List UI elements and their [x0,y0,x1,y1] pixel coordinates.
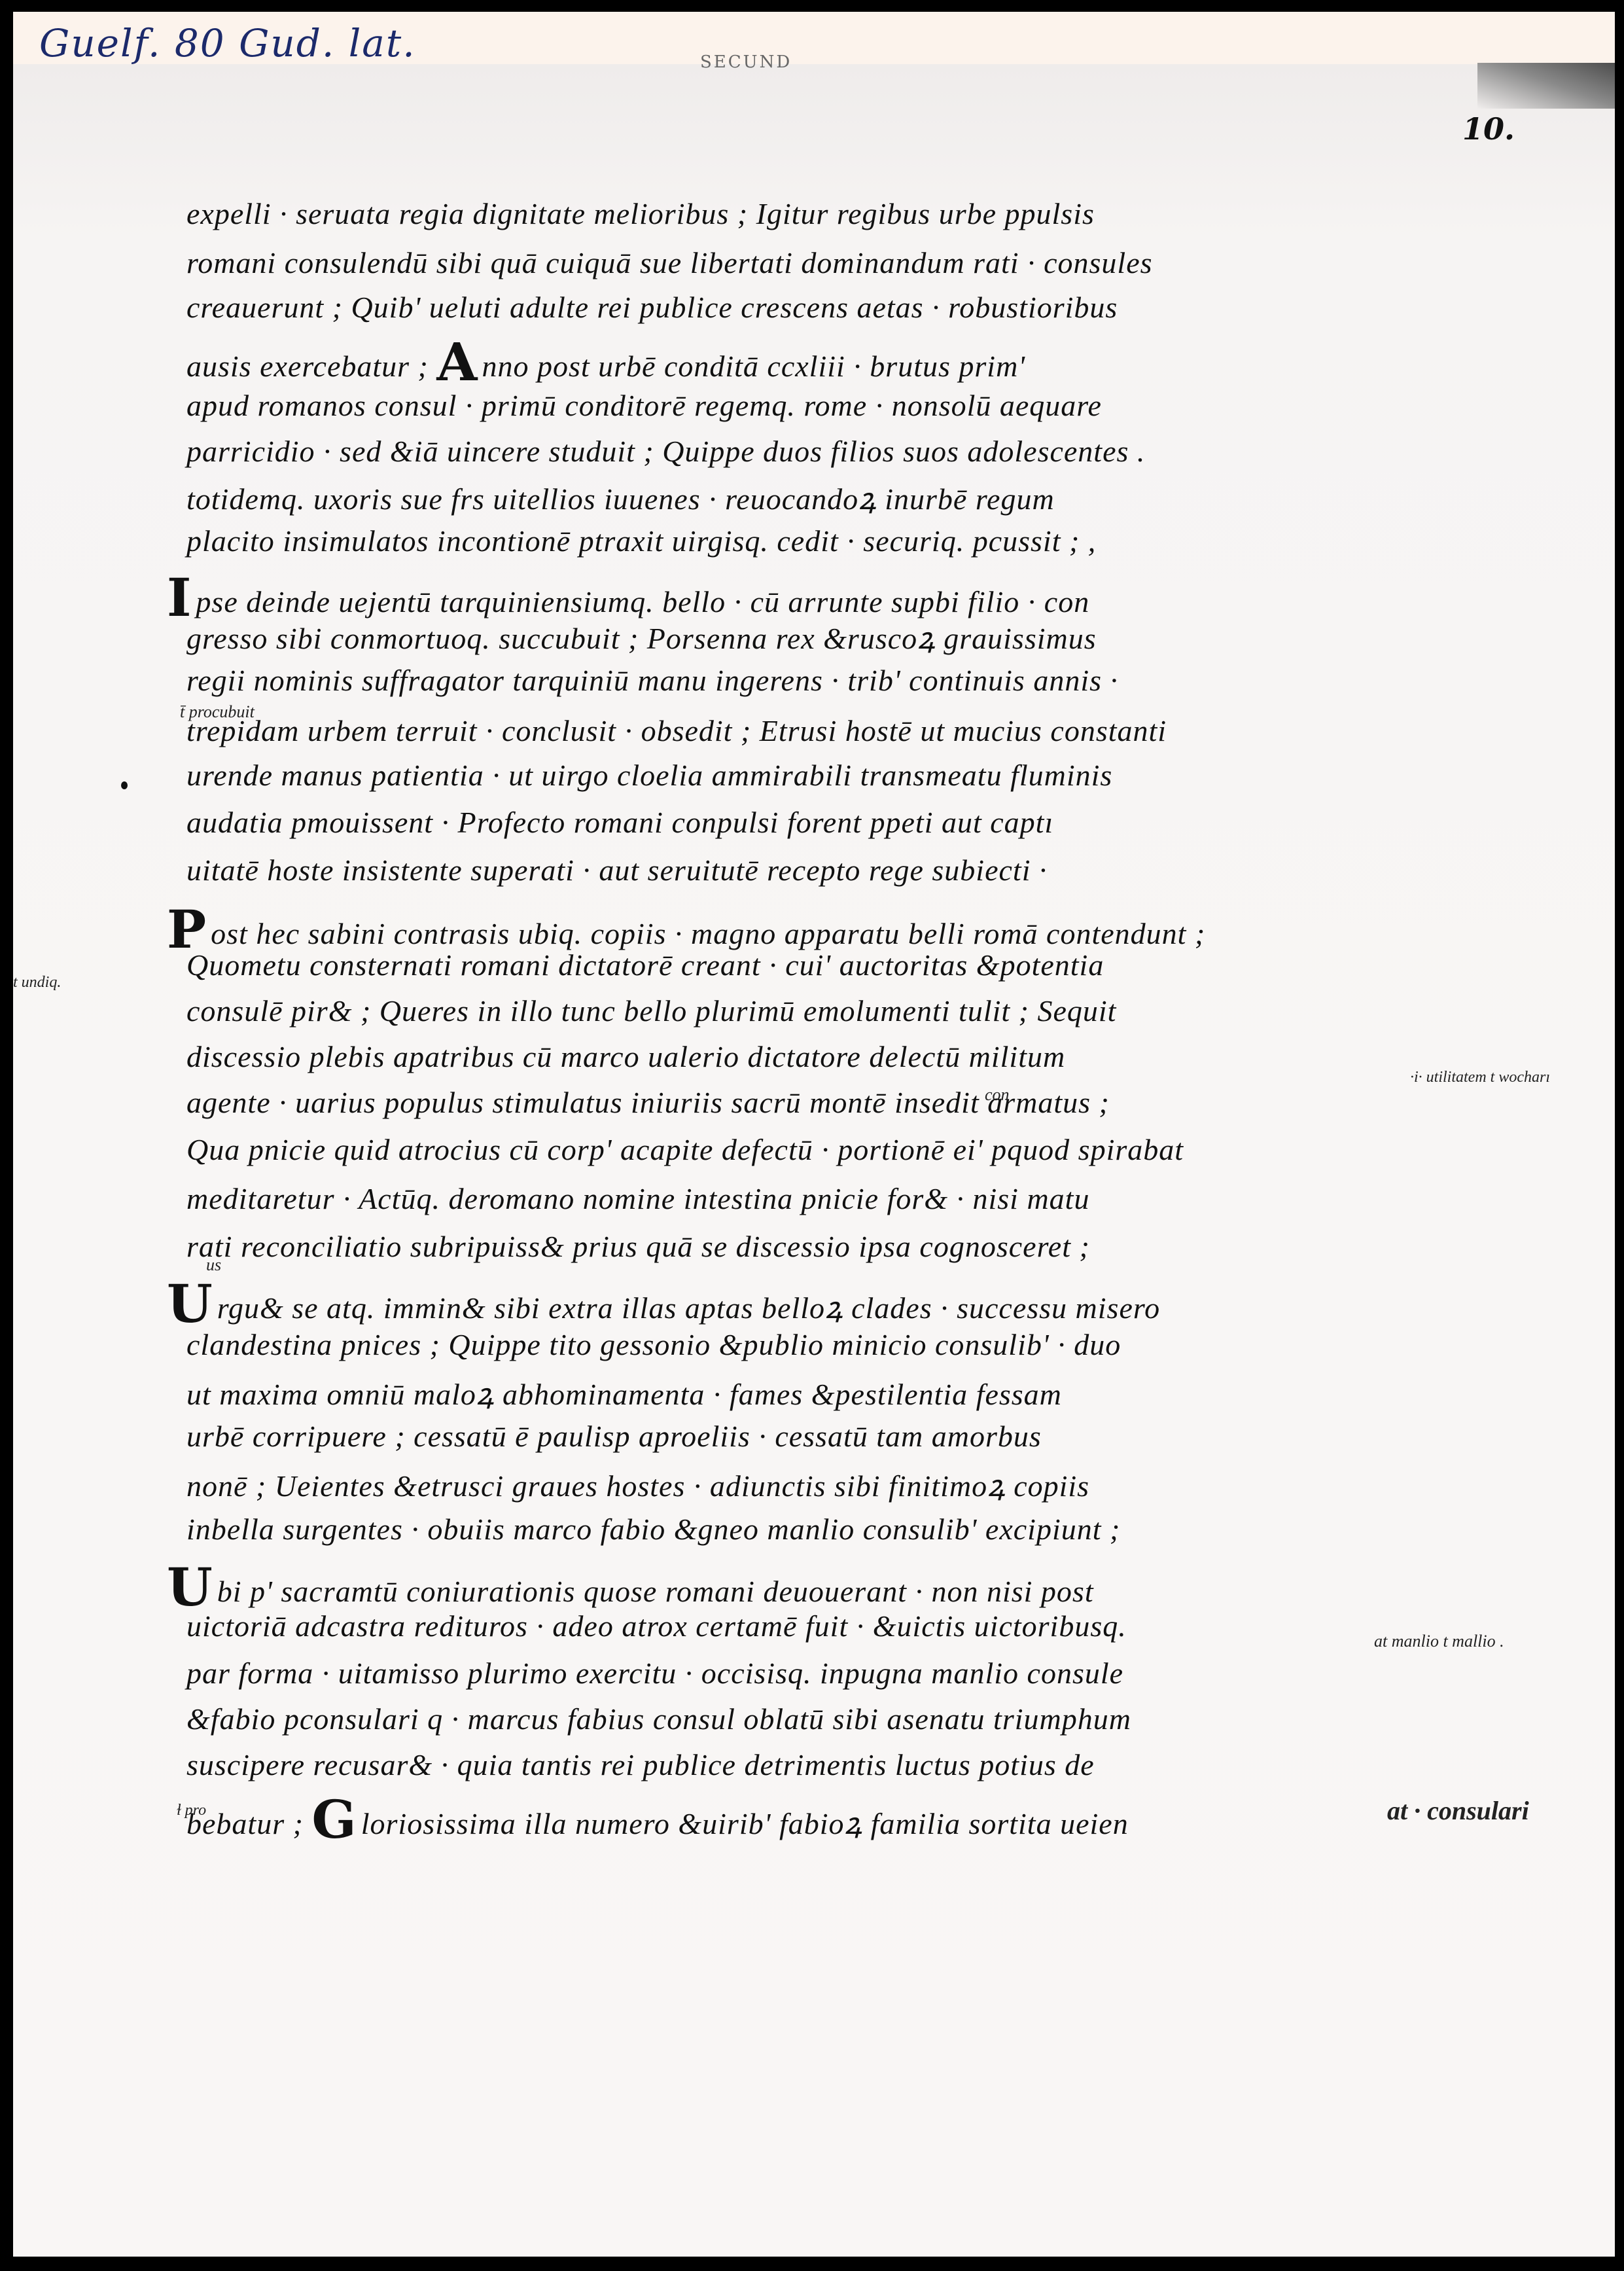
line-text: urbē corripuere ; cessatū ē paulisp apro… [186,1420,1042,1453]
line-text: rati reconciliatio subripuiss& prius quā… [186,1230,1090,1263]
manuscript-line: Quometu consternati romani dictatorē cre… [186,948,1104,982]
manuscript-line: agente · uarius populus stimulatus iniur… [186,1085,1110,1120]
manuscript-line: inbella surgentes · obuiis marco fabio &… [186,1512,1120,1547]
shelfmark: Guelf. 80 Gud. lat. [39,21,416,65]
manuscript-line: regii nominis suffragator tarquiniū manu… [186,663,1118,698]
line-text: consulē pir& ; Queres in illo tunc bello… [186,994,1116,1028]
photograph-sheet: Guelf. 80 Gud. lat. SECUND 10. expelli ·… [13,12,1615,2257]
manuscript-line: placito insimulatos incontionē ptraxit u… [186,524,1096,558]
manuscript-line: discessio plebis apatribus cū marco uale… [186,1039,1065,1074]
manuscript-line: meditaretur · Actūq. deromano nomine int… [186,1181,1089,1216]
margin-gloss-undiq: t undiq. [13,974,61,992]
manuscript-line: Ipse deinde uejentū tarquiniensiumq. bel… [167,571,1089,624]
manuscript-line: par forma · uitamisso plurimo exercitu ·… [186,1656,1123,1690]
manuscript-line: Ubi p' sacramtū coniurationis quose roma… [167,1561,1094,1613]
page-corner-shadow [1477,63,1615,109]
line-text: Qua pnicie quid atrocius cū corp' acapit… [186,1133,1184,1166]
line-text: Quometu consternati romani dictatorē cre… [186,948,1104,982]
margin-gloss-utilitatem: ·i· utilitatem t wocharı [1410,1069,1550,1086]
manuscript-line: Qua pnicie quid atrocius cū corp' acapit… [186,1132,1184,1167]
line-text: pse deinde uejentū tarquiniensiumq. bell… [196,585,1089,618]
line-text: &fabio pconsulari q · marcus fabius cons… [186,1702,1131,1736]
manuscript-line: Urgu& se atq. immin& sibi extra illas ap… [167,1278,1160,1330]
line-text: par forma · uitamisso plurimo exercitu ·… [186,1656,1123,1690]
line-text: bi p' sacramtū coniurationis quose roman… [217,1575,1094,1608]
manuscript-line: creauerunt ; Quib' ueluti adulte rei pub… [186,290,1118,325]
line-text: trepidam urbem terruit · conclusit · obs… [186,714,1167,747]
manuscript-line: audatia pmouissent · Profecto romani con… [186,805,1053,840]
interlinear-gloss-con: con [985,1085,1010,1105]
manuscript-line: expelli · seruata regia dignitate melior… [186,196,1095,231]
line-text: gresso sibi conmortuoq. succubuit ; Pors… [186,622,1097,655]
folio-number: 10. [1462,111,1515,147]
manuscript-line: ausis exercebatur ; Anno post urbē condi… [186,336,1025,388]
manuscript-line: ut maxima omniū maloꝝ abhominamenta · fa… [186,1373,1062,1414]
interlinear-gloss-pro: ɫ pro [177,1802,206,1819]
line-text: totidemq. uxoris sue frs uitellios iuuen… [186,482,1055,516]
line-text: ost hec sabini contrasis ubiq. copiis · … [211,917,1205,950]
margin-gloss-manlio: at manlio t mallio . [1374,1632,1504,1651]
line-text: parricidio · sed &iā uincere studuit ; Q… [186,435,1145,468]
line-text: apud romanos consul · primū conditorē re… [186,389,1102,422]
line-text: clandestina pnices ; Quippe tito gessoni… [186,1328,1121,1361]
manuscript-line: apud romanos consul · primū conditorē re… [186,388,1102,423]
decorated-initial: G [311,1789,357,1850]
shelfmark-label-strip: Guelf. 80 Gud. lat. [13,12,1615,71]
interlinear-gloss-us: us [206,1255,221,1275]
decorated-initial: A [436,331,478,393]
running-head: SECUND [700,52,792,72]
line-text: placito insimulatos incontionē ptraxit u… [186,524,1096,558]
line-text: agente · uarius populus stimulatus iniur… [186,1086,1110,1119]
interlinear-gloss-procubuit: t̄ procubuit [180,702,255,722]
manuscript-line: uitatē hoste insistente superati · aut s… [186,853,1047,887]
manuscript-line: bebatur ; Gloriosissima illa numero &uir… [186,1793,1129,1846]
line-text: discessio plebis apatribus cū marco uale… [186,1040,1065,1073]
decorated-initial: U [167,1273,213,1334]
line-text: expelli · seruata regia dignitate melior… [186,197,1095,230]
line-text: rgu& se atq. immin& sibi extra illas apt… [217,1291,1160,1325]
manuscript-line: romani consulendū sibi quā cuiquā sue li… [186,245,1153,280]
line-text: creauerunt ; Quib' ueluti adulte rei pub… [186,291,1118,324]
manuscript-line: totidemq. uxoris sue frs uitellios iuuen… [186,478,1055,518]
manuscript-line: urbē corripuere ; cessatū ē paulisp apro… [186,1419,1042,1454]
line-text: nonē ; Ueientes &etrusci graues hostes ·… [186,1469,1089,1503]
manuscript-line: consulē pir& ; Queres in illo tunc bello… [186,993,1116,1028]
line-text: loriosissima illa numero &uirib' fabioꝝ … [361,1807,1129,1840]
line-text: uitatē hoste insistente superati · aut s… [186,853,1047,887]
line-text: uictoriā adcastra redituros · adeo atrox… [186,1609,1127,1643]
manuscript-line: gresso sibi conmortuoq. succubuit ; Pors… [186,617,1097,658]
manuscript-line: urende manus patientia · ut uirgo cloeli… [186,758,1112,793]
line-text: meditaretur · Actūq. deromano nomine int… [186,1182,1089,1215]
line-text: romani consulendū sibi quā cuiquā sue li… [186,246,1153,279]
manuscript-line: trepidam urbem terruit · conclusit · obs… [186,713,1167,748]
manuscript-line: suscipere recusar& · quia tantis rei pub… [186,1747,1095,1782]
line-prefix: ausis exercebatur ; [186,349,436,383]
line-text: audatia pmouissent · Profecto romani con… [186,806,1053,839]
line-text: suscipere recusar& · quia tantis rei pub… [186,1748,1095,1781]
margin-dot [121,781,128,789]
manuscript-line: &fabio pconsulari q · marcus fabius cons… [186,1702,1131,1736]
line-text: ut maxima omniū maloꝝ abhominamenta · fa… [186,1378,1062,1411]
line-text: nno post urbē conditā ccxliii · brutus p… [482,349,1025,383]
manuscript-line: nonē ; Ueientes &etrusci graues hostes ·… [186,1465,1089,1505]
manuscript-line: parricidio · sed &iā uincere studuit ; Q… [186,434,1145,469]
line-text: urende manus patientia · ut uirgo cloeli… [186,759,1112,792]
manuscript-line: uictoriā adcastra redituros · adeo atrox… [186,1609,1127,1643]
manuscript-line: rati reconciliatio subripuiss& prius quā… [186,1229,1090,1264]
line-text: inbella surgentes · obuiis marco fabio &… [186,1512,1120,1546]
manuscript-line: clandestina pnices ; Quippe tito gessoni… [186,1327,1121,1362]
line-text: regii nominis suffragator tarquiniū manu… [186,664,1118,697]
margin-gloss-consulari: at · consulari [1387,1795,1529,1826]
